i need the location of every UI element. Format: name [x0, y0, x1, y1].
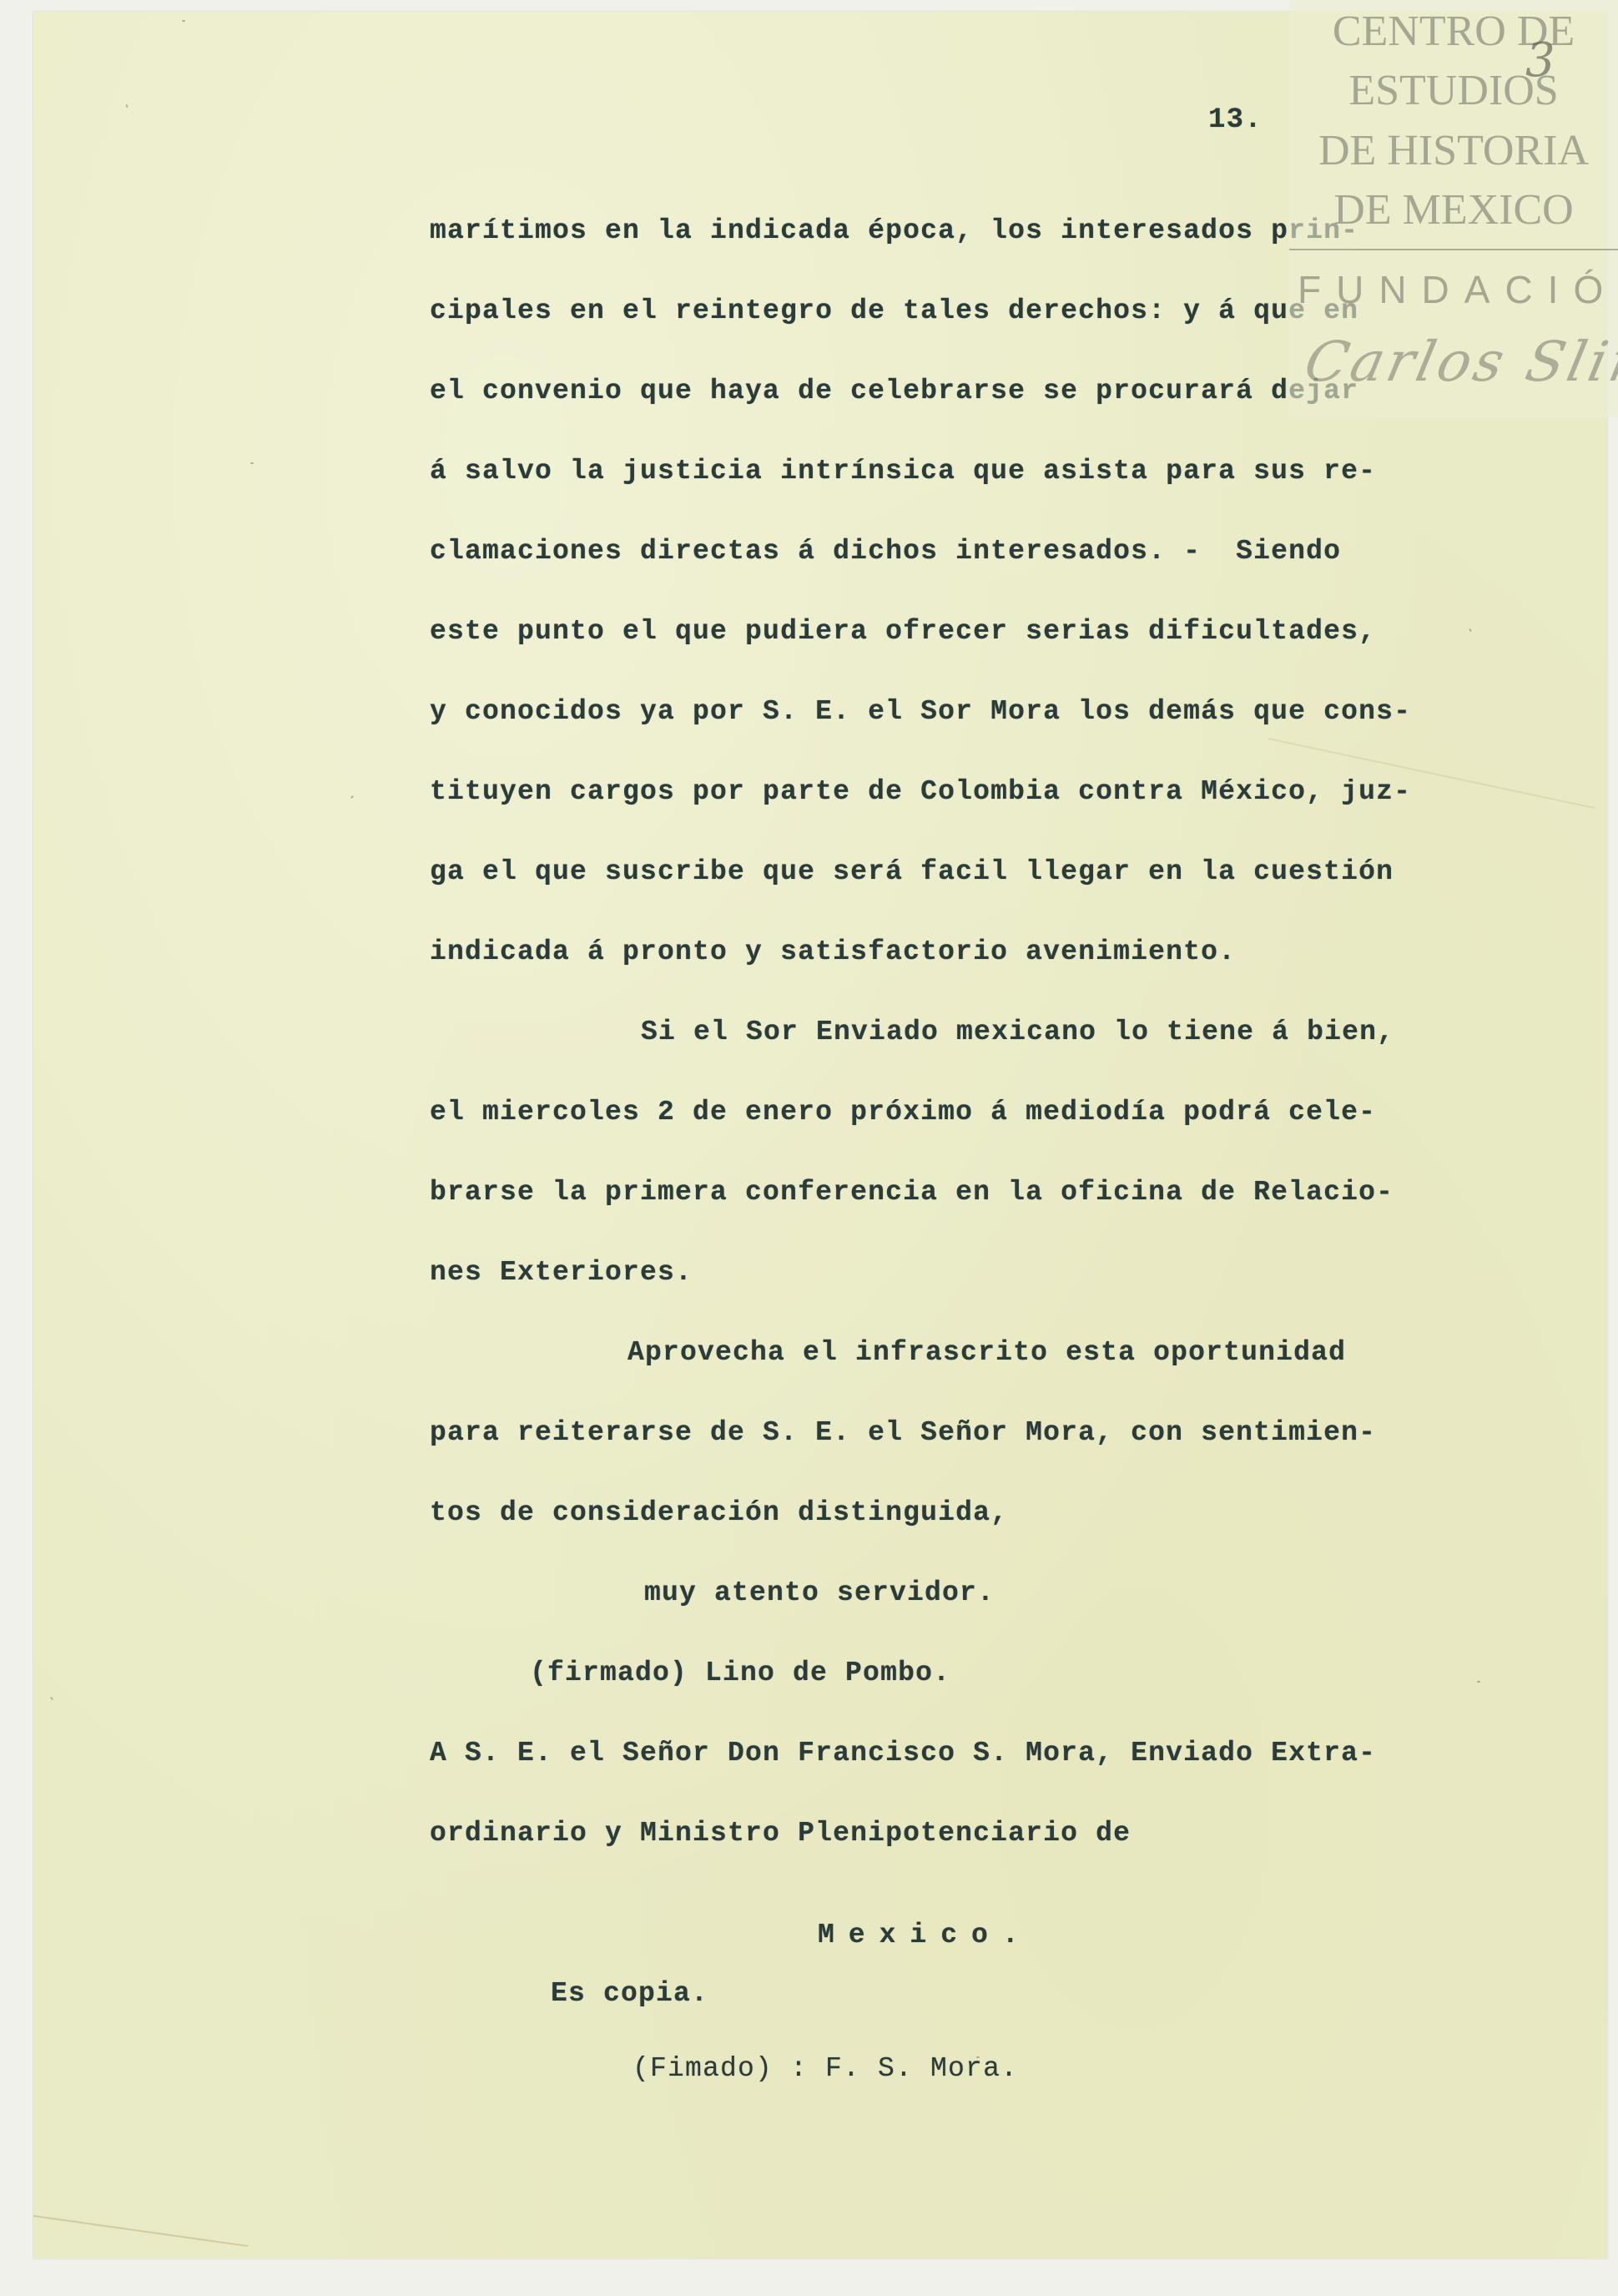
document-line: brarse la primera conferencia en la ofic… — [430, 1177, 1394, 1208]
document-line: marítimos en la indicada época, los inte… — [430, 215, 1358, 246]
document-line: A S. E. el Señor Don Francisco S. Mora, … — [430, 1738, 1376, 1769]
archive-watermark: CENTRO DE ESTUDIOS DE HISTORIA DE MEXICO… — [1289, 0, 1618, 417]
document-line: Aprovecha el infrascrito esta oportunida… — [628, 1337, 1346, 1368]
paper-speck — [1477, 1681, 1480, 1683]
document-line: ordinario y Ministro Plenipotenciario de — [430, 1818, 1131, 1849]
document-line: tos de consideración distinguida, — [430, 1497, 1008, 1528]
copy-note: Es copia. — [551, 1978, 708, 2009]
document-line: nes Exteriores. — [430, 1257, 693, 1288]
page-number: 13. — [1208, 104, 1263, 136]
paper-speck — [125, 104, 128, 108]
paper-speck — [50, 1697, 53, 1700]
address-country: Mexico. — [818, 1920, 1033, 1950]
document-line: el convenio que haya de celebrarse se pr… — [430, 376, 1358, 406]
paper-speck — [350, 795, 354, 799]
watermark-foundation: FUNDACIÓN — [1298, 267, 1618, 312]
watermark-line: ESTUDIOS — [1289, 69, 1618, 113]
watermark-line: CENTRO DE — [1289, 10, 1618, 53]
paper-speck — [182, 20, 185, 22]
document-line: muy atento servidor. — [644, 1577, 995, 1608]
paper-crease — [33, 2215, 249, 2247]
paper-speck — [1469, 628, 1472, 632]
document-line: Si el Sor Enviado mexicano lo tiene á bi… — [641, 1017, 1394, 1047]
watermark-line: DE MEXICO — [1289, 189, 1618, 232]
document-line: para reiterarse de S. E. el Señor Mora, … — [430, 1417, 1376, 1448]
document-line: (firmado) Lino de Pombo. — [530, 1658, 950, 1688]
document-line: este punto el que pudiera ofrecer serias… — [430, 616, 1376, 647]
document-line: y conocidos ya por S. E. el Sor Mora los… — [430, 696, 1411, 727]
document-line: clamaciones directas á dichos interesado… — [430, 536, 1341, 567]
document-line: ga el que suscribe que será facil llegar… — [430, 856, 1394, 887]
folio-number: 3 — [1525, 33, 1555, 88]
watermark-signature-logo: Carlos Slim — [1299, 330, 1618, 394]
document-line: el miercoles 2 de enero próximo á mediod… — [430, 1097, 1376, 1128]
copy-signature: (Fimado) : F. S. Mora. — [633, 2053, 1018, 2084]
paper-speck — [250, 462, 254, 464]
watermark-line: DE HISTORIA — [1289, 129, 1618, 173]
document-line: á salvo la justicia intrínsica que asist… — [430, 456, 1376, 487]
document-line: cipales en el reintegro de tales derecho… — [430, 295, 1358, 326]
watermark-divider — [1289, 249, 1618, 250]
document-line: tituyen cargos por parte de Colombia con… — [430, 776, 1411, 807]
document-line: indicada á pronto y satisfactorio avenim… — [430, 936, 1236, 967]
